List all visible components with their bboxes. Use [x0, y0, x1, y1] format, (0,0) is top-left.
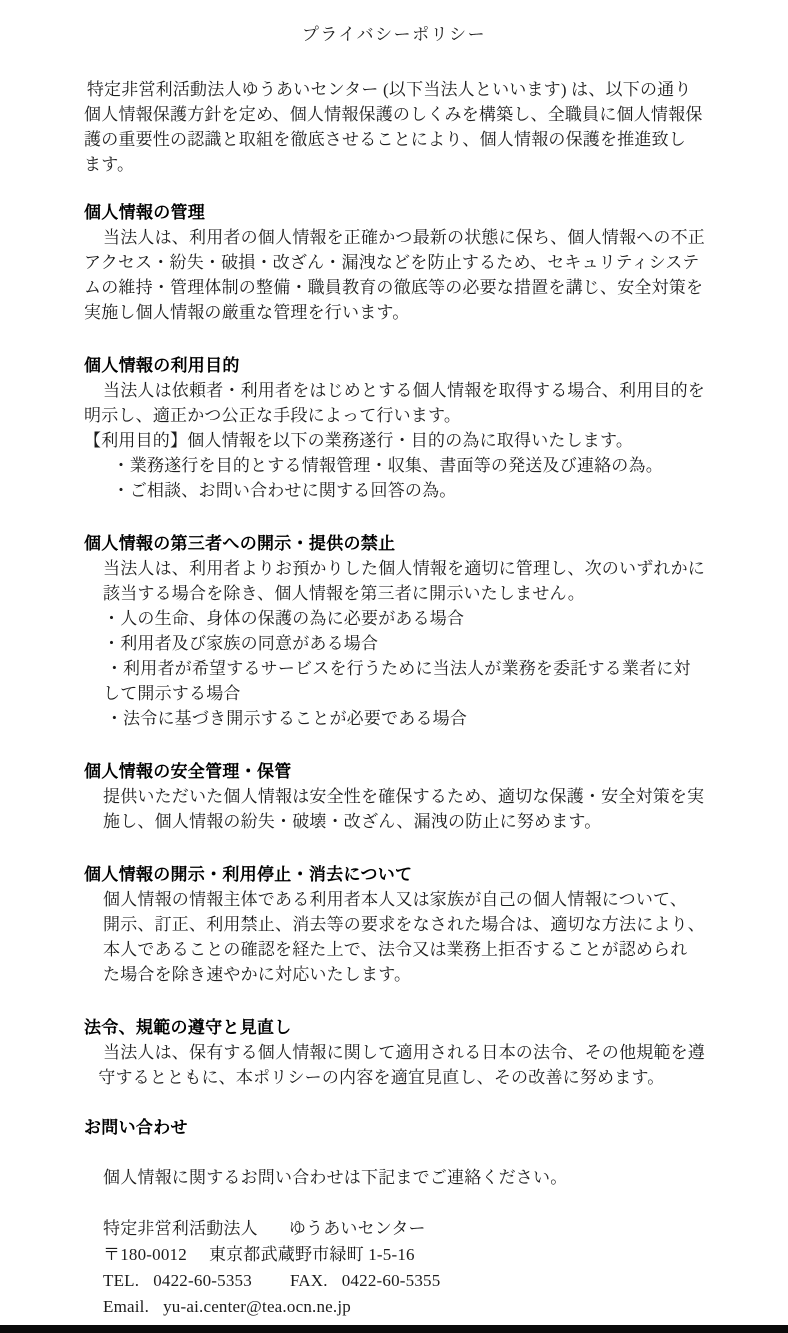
- email-line: Email.yu-ai.center@tea.ocn.ne.jp: [103, 1294, 724, 1320]
- section-body: 個人情報の情報主体である利用者本人又は家族が自己の個人情報について、開示、訂正、…: [84, 887, 724, 987]
- section: 個人情報の第三者への開示・提供の禁止 当法人は、利用者よりお預かりした個人情報を…: [84, 531, 724, 731]
- section: 個人情報の安全管理・保管 提供いただいた個人情報は安全性を確保するため、適切な保…: [84, 759, 724, 834]
- contact-heading: お問い合わせ: [84, 1115, 724, 1140]
- section-heading: 個人情報の利用目的: [84, 353, 724, 378]
- body-line: 守するとともに、本ポリシーの内容を適宜見直し、その改善に努めます。: [98, 1065, 724, 1090]
- body-line: ムの維持・管理体制の整備・職員教育の徹底等の必要な措置を講じ、安全対策を: [84, 275, 724, 300]
- body-line: 明示し、適正かつ公正な手段によって行います。: [84, 403, 724, 428]
- intro-paragraph: 特定非営利活動法人ゆうあいセンター (以下当法人といいます) は、以下の通り個人…: [84, 77, 724, 177]
- section-heading: 個人情報の開示・利用停止・消去について: [84, 862, 724, 887]
- org-line: 特定非営利活動法人ゆうあいセンター: [103, 1216, 724, 1242]
- bottom-bar: [0, 1325, 788, 1333]
- org-type: 特定非営利活動法人: [103, 1219, 258, 1238]
- section-body: 当法人は、利用者よりお預かりした個人情報を適切に管理し、次のいずれかに該当する場…: [84, 556, 724, 731]
- body-line: 特定非営利活動法人ゆうあいセンター (以下当法人といいます) は、以下の通り: [87, 77, 724, 102]
- contact-note: 個人情報に関するお問い合わせは下記までご連絡ください。: [103, 1165, 724, 1190]
- tel-label: TEL.: [103, 1271, 139, 1290]
- section-heading: 個人情報の安全管理・保管: [84, 759, 724, 784]
- section-body: 提供いただいた個人情報は安全性を確保するため、適切な保護・安全対策を実施し、個人…: [84, 784, 724, 834]
- org-name: ゆうあいセンター: [289, 1219, 426, 1238]
- section-body: 当法人は、利用者の個人情報を正確かつ最新の状態に保ち、個人情報への不正アクセス・…: [84, 225, 724, 325]
- body-line: 提供いただいた個人情報は安全性を確保するため、適切な保護・安全対策を実: [103, 784, 724, 809]
- section: 個人情報の管理 当法人は、利用者の個人情報を正確かつ最新の状態に保ち、個人情報へ…: [84, 200, 724, 325]
- contact-section: お問い合わせ 個人情報に関するお問い合わせは下記までご連絡ください。 特定非営利…: [84, 1115, 724, 1320]
- contact-block: 特定非営利活動法人ゆうあいセンター 〒180-0012東京都武蔵野市緑町 1-5…: [84, 1216, 724, 1320]
- body-line: して開示する場合: [103, 681, 724, 706]
- section-heading: 法令、規範の遵守と見直し: [84, 1015, 724, 1040]
- section: 個人情報の利用目的 当法人は依頼者・利用者をはじめとする個人情報を取得する場合、…: [84, 353, 724, 503]
- email-address: yu-ai.center@tea.ocn.ne.jp: [163, 1297, 351, 1316]
- section-heading: 個人情報の管理: [84, 200, 724, 225]
- body-line: 当法人は、利用者よりお預かりした個人情報を適切に管理し、次のいずれかに: [103, 556, 724, 581]
- body-line: 個人情報保護方針を定め、個人情報保護のしくみを構築し、全職員に個人情報保: [84, 102, 724, 127]
- body-line: 護の重要性の認識と取組を徹底させることにより、個人情報の保護を推進致し: [84, 127, 724, 152]
- section: 法令、規範の遵守と見直し 当法人は、保有する個人情報に関して適用される日本の法令…: [84, 1015, 724, 1090]
- body-line: ・利用者が希望するサービスを行うために当法人が業務を委託する業者に対: [106, 656, 724, 681]
- section-heading: 個人情報の第三者への開示・提供の禁止: [84, 531, 724, 556]
- section-body: 当法人は、保有する個人情報に関して適用される日本の法令、その他規範を遵守するとと…: [84, 1040, 724, 1090]
- body-line: ・人の生命、身体の保護の為に必要がある場合: [103, 606, 724, 631]
- body-line: 該当する場合を除き、個人情報を第三者に開示いたしません。: [103, 581, 724, 606]
- body-line: ・利用者及び家族の同意がある場合: [103, 631, 724, 656]
- email-label: Email.: [103, 1297, 149, 1316]
- body-line: ・法令に基づき開示することが必要である場合: [106, 706, 724, 731]
- body-line: 当法人は、利用者の個人情報を正確かつ最新の状態に保ち、個人情報への不正: [103, 225, 724, 250]
- privacy-policy-page: プライバシーポリシー 特定非営利活動法人ゆうあいセンター (以下当法人といいます…: [0, 0, 788, 1333]
- body-line: 【利用目的】個人情報を以下の業務遂行・目的の為に取得いたします。: [84, 428, 724, 453]
- body-line: 当法人は、保有する個人情報に関して適用される日本の法令、その他規範を遵: [103, 1040, 724, 1065]
- body-line: 当法人は依頼者・利用者をはじめとする個人情報を取得する場合、利用目的を: [103, 378, 724, 403]
- section-body: 当法人は依頼者・利用者をはじめとする個人情報を取得する場合、利用目的を明示し、適…: [84, 378, 724, 503]
- body-line: アクセス・紛失・破損・改ざん・漏洩などを防止するため、セキュリティシステ: [84, 250, 724, 275]
- phone-line: TEL.0422-60-5353FAX.0422-60-5355: [103, 1268, 724, 1294]
- address: 東京都武蔵野市緑町 1-5-16: [209, 1245, 415, 1264]
- document-content: 特定非営利活動法人ゆうあいセンター (以下当法人といいます) は、以下の通り個人…: [0, 77, 788, 1320]
- body-line: 本人であることの確認を経た上で、法令又は業務上拒否することが認められ: [103, 937, 724, 962]
- page-title: プライバシーポリシー: [0, 0, 788, 47]
- fax-label: FAX.: [290, 1271, 328, 1290]
- body-line: 開示、訂正、利用禁止、消去等の要求をなされた場合は、適切な方法により、: [103, 912, 724, 937]
- body-line: 施し、個人情報の紛失・破壊・改ざん、漏洩の防止に努めます。: [103, 809, 724, 834]
- fax-number: 0422-60-5355: [342, 1271, 441, 1290]
- body-line: た場合を除き速やかに対応いたします。: [103, 962, 724, 987]
- address-line: 〒180-0012東京都武蔵野市緑町 1-5-16: [103, 1242, 724, 1268]
- tel-number: 0422-60-5353: [153, 1271, 252, 1290]
- body-line: 個人情報の情報主体である利用者本人又は家族が自己の個人情報について、: [103, 887, 724, 912]
- postal-code: 〒180-0012: [103, 1245, 187, 1264]
- section: 個人情報の開示・利用停止・消去について 個人情報の情報主体である利用者本人又は家…: [84, 862, 724, 987]
- sections: 個人情報の管理 当法人は、利用者の個人情報を正確かつ最新の状態に保ち、個人情報へ…: [84, 200, 724, 1090]
- body-line: ・ご相談、お問い合わせに関する回答の為。: [113, 478, 725, 503]
- body-line: 実施し個人情報の厳重な管理を行います。: [84, 300, 724, 325]
- body-line: ・業務遂行を目的とする情報管理・収集、書面等の発送及び連絡の為。: [113, 453, 725, 478]
- body-line: ます。: [84, 152, 724, 177]
